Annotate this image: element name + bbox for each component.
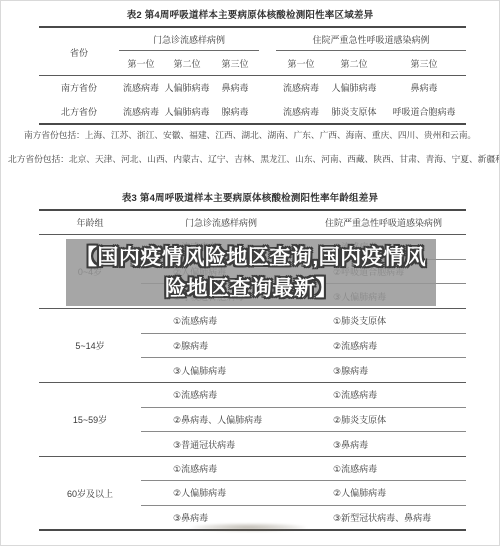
table2-group2-header: 住院严重急性呼吸道感染病例 xyxy=(276,28,466,51)
pathogen-cell: ①流感病毒 xyxy=(301,457,466,480)
province-cell: 北方省份 xyxy=(39,100,119,124)
pathogen-cell: ①流感病毒 xyxy=(141,309,301,333)
spacer xyxy=(259,51,276,76)
table2-rank-header: 第一位 xyxy=(119,51,163,76)
pathogen-cell: 肺炎支原体 xyxy=(326,100,382,124)
pathogen-cell: ①流感病毒 xyxy=(301,383,466,407)
pathogen-cell: 鼻病毒 xyxy=(211,76,259,100)
footnote-north-provinces: 北方省份包括：北京、天津、河北、山西、内蒙古、辽宁、吉林、黑龙江、山东、河南、西… xyxy=(8,152,500,165)
pathogen-cell: ②人偏肺病毒 xyxy=(301,481,466,504)
rank-sub-rows: ①流感病毒 ①流感病毒 ②人偏肺病毒 ②人偏肺病毒 ③鼻病毒 ③新型冠状病毒、鼻… xyxy=(141,457,466,529)
table2-group1-header: 门急诊流感样病例 xyxy=(119,28,259,51)
spacer xyxy=(259,76,276,100)
pathogen-cell: ③人偏肺病毒 xyxy=(141,358,301,382)
pathogen-cell: 人偏肺病毒 xyxy=(326,76,382,100)
rank-sub-row: ②腺病毒 ②流感病毒 xyxy=(141,334,466,359)
table-row-age-60-plus: 60岁及以上 ①流感病毒 ①流感病毒 ②人偏肺病毒 ②人偏肺病毒 ③鼻病毒 ③新… xyxy=(39,457,466,531)
table-row: 北方省份 流感病毒 人偏肺病毒 腺病毒 流感病毒 肺炎支原体 呼吸道合胞病毒 xyxy=(39,100,466,124)
pathogen-cell: ②流感病毒 xyxy=(301,334,466,358)
rank-sub-row: ①流感病毒 ①流感病毒 xyxy=(141,383,466,408)
scan-smudge-artifact xyxy=(191,523,306,532)
document-page: 表2 第4周呼吸道样本主要病原体核酸检测阳性率区域差异 省份 门急诊流感样病例 … xyxy=(0,0,500,546)
rank-sub-row: ②鼻病毒、人偏肺病毒 ②肺炎支原体 xyxy=(141,408,466,433)
rank-sub-row: ①流感病毒 ①肺炎支原体 xyxy=(141,309,466,334)
pathogen-cell: ②鼻病毒、人偏肺病毒 xyxy=(141,408,301,432)
rank-sub-row: ②人偏肺病毒 ②人偏肺病毒 xyxy=(141,481,466,505)
rank-sub-rows: ①流感病毒 ①肺炎支原体 ②腺病毒 ②流感病毒 ③人偏肺病毒 ③腺病毒 xyxy=(141,309,466,382)
watermark-text-line2: 险地区查询最新】 xyxy=(165,273,337,304)
pathogen-cell: ②腺病毒 xyxy=(141,334,301,358)
pathogen-cell: 腺病毒 xyxy=(211,100,259,124)
footnote-south-provinces: 南方省份包括：上海、江苏、浙江、安徽、福建、江西、湖北、湖南、广东、广西、海南、… xyxy=(1,128,499,141)
table2-header: 省份 门急诊流感样病例 住院严重急性呼吸道感染病例 第一位 第二位 第三位 第一… xyxy=(39,28,466,76)
table3-col-age: 年龄组 xyxy=(39,211,141,234)
table3-title: 表3 第4周呼吸道样本主要病原体核酸检测阳性率年龄组差异 xyxy=(1,190,499,204)
pathogen-cell: 呼吸道合胞病毒 xyxy=(382,100,466,124)
pathogen-cell: 流感病毒 xyxy=(276,76,326,100)
pathogen-cell: 流感病毒 xyxy=(119,100,163,124)
table3-group2-header: 住院严重急性呼吸道感染病例 xyxy=(301,211,466,234)
pathogen-cell: ①流感病毒 xyxy=(141,457,301,480)
pathogen-cell: ③新型冠状病毒、鼻病毒 xyxy=(301,506,466,529)
age-cell: 15~59岁 xyxy=(39,383,141,456)
province-cell: 南方省份 xyxy=(39,76,119,100)
pathogen-cell: 人偏肺病毒 xyxy=(163,100,211,124)
pathogen-cell: 人偏肺病毒 xyxy=(163,76,211,100)
age-cell: 60岁及以上 xyxy=(39,457,141,529)
pathogen-cell: ③普通冠状病毒 xyxy=(141,432,301,456)
table3-group1-header: 门急诊流感样病例 xyxy=(141,211,301,234)
pathogen-cell: ③腺病毒 xyxy=(301,358,466,382)
table3-header: 年龄组 门急诊流感样病例 住院严重急性呼吸道感染病例 xyxy=(39,211,466,235)
table2-rank-header: 第三位 xyxy=(382,51,466,76)
pathogen-cell: ①肺炎支原体 xyxy=(301,309,466,333)
table-row-age-5-14: 5~14岁 ①流感病毒 ①肺炎支原体 ②腺病毒 ②流感病毒 ③人偏肺病毒 ③腺病… xyxy=(39,309,466,383)
pathogen-cell: 流感病毒 xyxy=(276,100,326,124)
rank-sub-row: ①流感病毒 ①流感病毒 xyxy=(141,457,466,481)
table2-col-province: 省份 xyxy=(39,28,119,76)
table2-rank-header: 第二位 xyxy=(326,51,382,76)
table-row-age-15-59: 15~59岁 ①流感病毒 ①流感病毒 ②鼻病毒、人偏肺病毒 ②肺炎支原体 ③普通… xyxy=(39,383,466,457)
age-cell: 5~14岁 xyxy=(39,309,141,382)
table2-rank-header: 第一位 xyxy=(276,51,326,76)
pathogen-cell: ②人偏肺病毒 xyxy=(141,481,301,504)
pathogen-cell: ②肺炎支原体 xyxy=(301,408,466,432)
table2-rank-header: 第二位 xyxy=(163,51,211,76)
rank-sub-row: ③普通冠状病毒 ③鼻病毒 xyxy=(141,432,466,456)
watermark-text-line1: 【国内疫情风险地区查询,国内疫情风 xyxy=(76,242,426,273)
spacer xyxy=(259,100,276,124)
pathogen-cell: 流感病毒 xyxy=(119,76,163,100)
watermark-overlay: 【国内疫情风险地区查询,国内疫情风 险地区查询最新】 xyxy=(66,239,436,306)
rank-sub-rows: ①流感病毒 ①流感病毒 ②鼻病毒、人偏肺病毒 ②肺炎支原体 ③普通冠状病毒 ③鼻… xyxy=(141,383,466,456)
table2-title: 表2 第4周呼吸道样本主要病原体核酸检测阳性率区域差异 xyxy=(1,7,499,21)
table2-rank-header: 第三位 xyxy=(211,51,259,76)
table2: 省份 门急诊流感样病例 住院严重急性呼吸道感染病例 第一位 第二位 第三位 第一… xyxy=(39,26,466,125)
spacer xyxy=(259,28,276,51)
rank-sub-row: ③人偏肺病毒 ③腺病毒 xyxy=(141,358,466,382)
pathogen-cell: ③鼻病毒 xyxy=(301,432,466,456)
pathogen-cell: 鼻病毒 xyxy=(382,76,466,100)
pathogen-cell: ①流感病毒 xyxy=(141,383,301,407)
table-row: 南方省份 流感病毒 人偏肺病毒 鼻病毒 流感病毒 人偏肺病毒 鼻病毒 xyxy=(39,76,466,100)
